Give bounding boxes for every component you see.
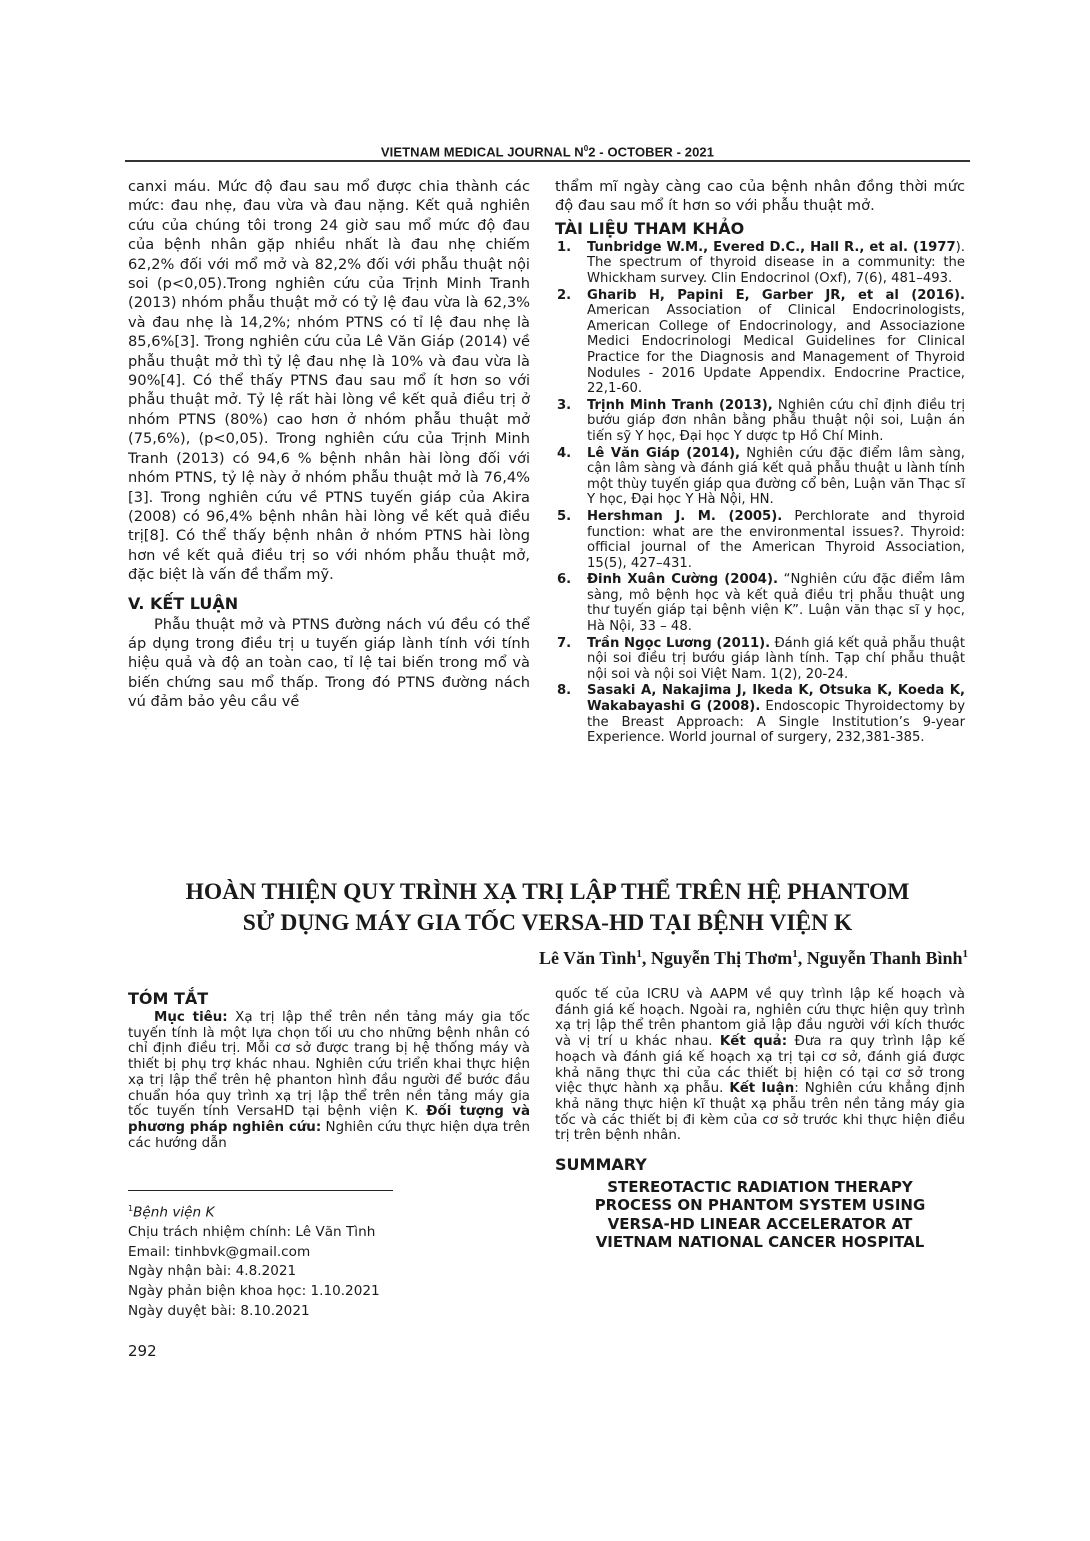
reviewed-date: Ngày phản biện khoa học: 1.10.2021 [128, 1282, 380, 1302]
article-title-line-1: HOÀN THIỆN QUY TRÌNH XẠ TRỊ LẬP THỂ TRÊN… [125, 877, 970, 908]
discussion-paragraph: canxi máu. Mức độ đau sau mổ được chia t… [128, 177, 530, 585]
article-title-line-2: SỬ DỤNG MÁY GIA TỐC VERSA-HD TẠI BỆNH VI… [125, 908, 970, 939]
reference-item: 7.Trần Ngọc Lương (2011). Đánh giá kết q… [555, 636, 965, 683]
abstract-right: quốc tế của ICRU và AAPM về quy trình lậ… [555, 987, 965, 1252]
page-number: 292 [128, 1342, 157, 1360]
reference-item: 5.Hershman J. M. (2005). Perchlorate and… [555, 509, 965, 571]
abstract-left: TÓM TẮT Mục tiêu: Xạ trị lập thể trên nề… [128, 988, 530, 1151]
abstract-heading: TÓM TẮT [128, 988, 530, 1010]
abstract-paragraph: Mục tiêu: Xạ trị lập thể trên nền tảng m… [128, 1010, 530, 1151]
author-name: Lê Văn Tình [539, 948, 636, 968]
conclusion-paragraph: Phẫu thuật mở và PTNS đường nách vú đều … [128, 615, 530, 712]
right-column-top: thẩm mĩ ngày càng cao của bệnh nhân đồng… [555, 177, 965, 747]
reference-item: 3.Trịnh Minh Tranh (2013), Nghiên cứu ch… [555, 398, 965, 445]
issue-date: 2 - OCTOBER - 2021 [588, 144, 714, 159]
summary-title: STEREOTACTIC RADIATION THERAPY PROCESS O… [555, 1178, 965, 1252]
reference-item: 8.Sasaki A, Nakajima J, Ikeda K, Otsuka … [555, 683, 965, 745]
abstract-continuation: quốc tế của ICRU và AAPM về quy trình lậ… [555, 987, 965, 1144]
footnote: 1Bệnh viện K Chịu trách nhiệm chính: Lê … [128, 1199, 380, 1321]
footnote-rule [128, 1190, 393, 1191]
conclusion-continuation: thẩm mĩ ngày càng cao của bệnh nhân đồng… [555, 177, 965, 216]
references-heading: TÀI LIỆU THAM KHẢO [555, 218, 965, 240]
approved-date: Ngày duyệt bài: 8.10.2021 [128, 1302, 380, 1322]
left-column-top: canxi máu. Mức độ đau sau mổ được chia t… [128, 177, 530, 712]
responsible-author: Chịu trách nhiệm chính: Lê Văn Tình [128, 1223, 380, 1243]
affiliation: 1Bệnh viện K [128, 1199, 380, 1223]
article-title: HOÀN THIỆN QUY TRÌNH XẠ TRỊ LẬP THỂ TRÊN… [125, 877, 970, 939]
references-list: 1.Tunbridge W.M., Evered D.C., Hall R., … [555, 240, 965, 746]
reference-item: 4.Lê Văn Giáp (2014), Nghiên cứu đặc điể… [555, 446, 965, 508]
received-date: Ngày nhận bài: 4.8.2021 [128, 1262, 380, 1282]
reference-item: 1.Tunbridge W.M., Evered D.C., Hall R., … [555, 240, 965, 287]
conclusion-heading: V. KẾT LUẬN [128, 593, 530, 615]
running-header: VIETNAM MEDICAL JOURNAL N02 - OCTOBER - … [125, 144, 970, 159]
email: Email: tinhbvk@gmail.com [128, 1243, 380, 1263]
header-rule [125, 160, 970, 162]
journal-name: VIETNAM MEDICAL JOURNAL N [381, 144, 584, 159]
author-list: Lê Văn Tình1, Nguyễn Thị Thơm1, Nguyễn T… [539, 948, 968, 969]
author-name: Nguyễn Thị Thơm [651, 948, 792, 968]
summary-heading: SUMMARY [555, 1154, 965, 1176]
reference-item: 2.Gharib H, Papini E, Garber JR, et al (… [555, 288, 965, 397]
reference-item: 6.Đinh Xuân Cường (2004). “Nghiên cứu đặ… [555, 572, 965, 634]
author-name: Nguyễn Thanh Bình [807, 948, 963, 968]
